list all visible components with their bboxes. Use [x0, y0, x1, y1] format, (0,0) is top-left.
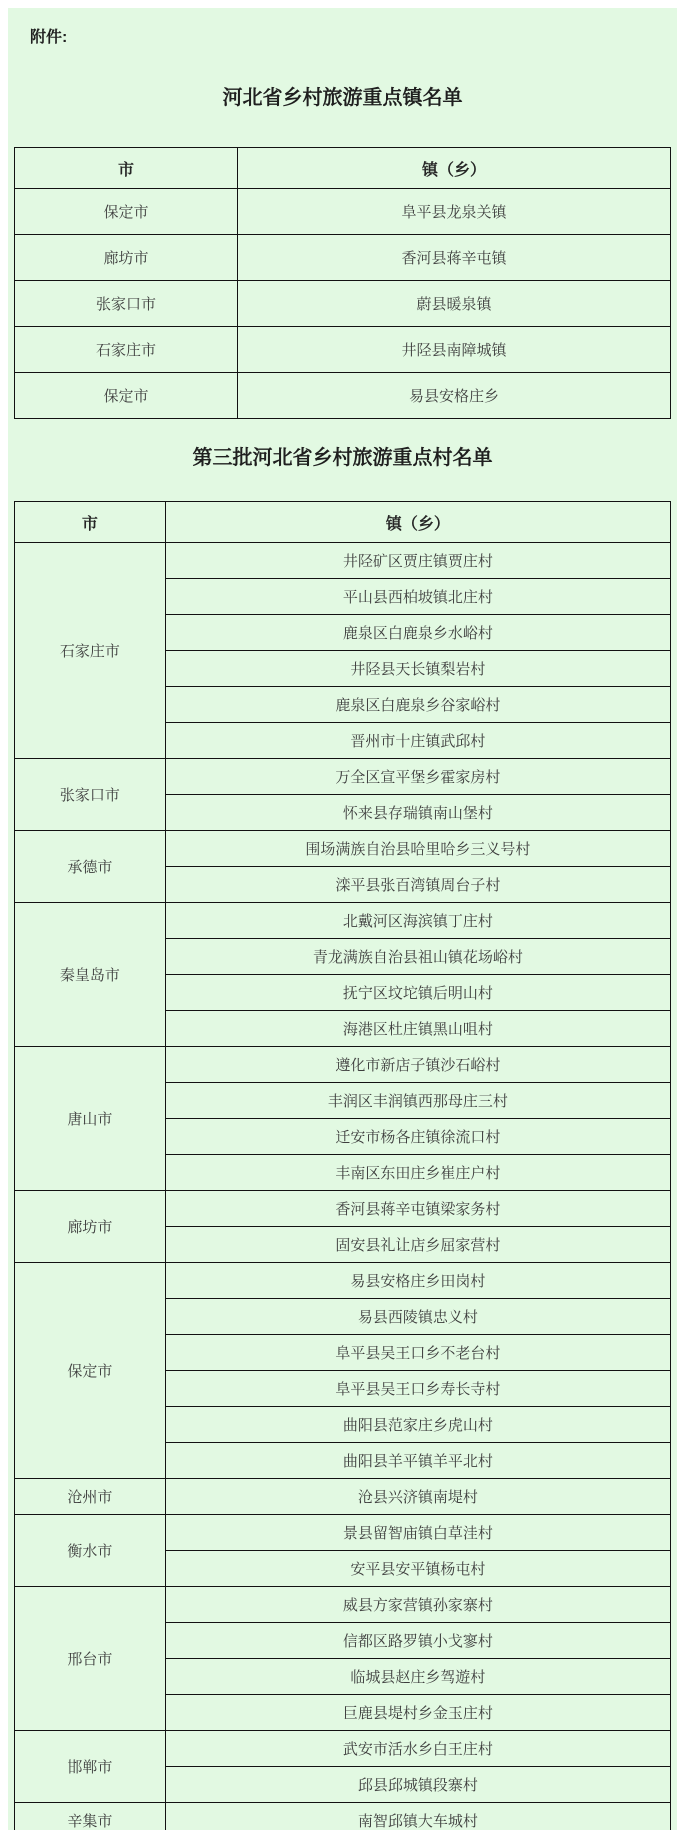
- village-name-cell: 青龙满族自治县祖山镇花场峪村: [165, 939, 670, 975]
- village-row: 唐山市遵化市新店子镇沙石峪村: [15, 1047, 671, 1083]
- villages-table: 市 镇（乡） 石家庄市井陉矿区贾庄镇贾庄村平山县西柏坡镇北庄村鹿泉区白鹿泉乡水峪…: [14, 501, 671, 1830]
- village-name-cell: 临城县赵庄乡驾遊村: [165, 1659, 670, 1695]
- village-name-cell: 北戴河区海滨镇丁庄村: [165, 903, 670, 939]
- village-row: 石家庄市井陉矿区贾庄镇贾庄村: [15, 543, 671, 579]
- village-name-cell: 南智邱镇大车城村: [165, 1803, 670, 1831]
- village-name-cell: 滦平县张百湾镇周台子村: [165, 867, 670, 903]
- village-row: 廊坊市香河县蒋辛屯镇梁家务村: [15, 1191, 671, 1227]
- village-city-cell: 石家庄市: [15, 543, 166, 759]
- town-name-cell: 蔚县暖泉镇: [238, 281, 671, 327]
- attachment-label: 附件:: [30, 24, 677, 47]
- village-name-cell: 井陉矿区贾庄镇贾庄村: [165, 543, 670, 579]
- village-city-cell: 秦皇岛市: [15, 903, 166, 1047]
- village-row: 邯郸市武安市活水乡白王庄村: [15, 1731, 671, 1767]
- village-row: 张家口市万全区宣平堡乡霍家房村: [15, 759, 671, 795]
- village-name-cell: 井陉县天长镇梨岩村: [165, 651, 670, 687]
- town-row: 廊坊市香河县蒋辛屯镇: [15, 235, 671, 281]
- villages-header-row: 市 镇（乡）: [15, 502, 671, 543]
- village-name-cell: 抚宁区坟坨镇后明山村: [165, 975, 670, 1011]
- village-name-cell: 晋州市十庄镇武邱村: [165, 723, 670, 759]
- village-name-cell: 安平县安平镇杨屯村: [165, 1551, 670, 1587]
- village-row: 衡水市景县留智庙镇白草洼村: [15, 1515, 671, 1551]
- village-row: 秦皇岛市北戴河区海滨镇丁庄村: [15, 903, 671, 939]
- town-row: 保定市阜平县龙泉关镇: [15, 189, 671, 235]
- village-name-cell: 景县留智庙镇白草洼村: [165, 1515, 670, 1551]
- village-name-cell: 阜平县吴王口乡不老台村: [165, 1335, 670, 1371]
- village-city-cell: 辛集市: [15, 1803, 166, 1831]
- town-city-cell: 廊坊市: [15, 235, 238, 281]
- village-name-cell: 迁安市杨各庄镇徐流口村: [165, 1119, 670, 1155]
- village-name-cell: 鹿泉区白鹿泉乡水峪村: [165, 615, 670, 651]
- village-name-cell: 阜平县吴王口乡寿长寺村: [165, 1371, 670, 1407]
- village-name-cell: 鹿泉区白鹿泉乡谷家峪村: [165, 687, 670, 723]
- village-city-cell: 承德市: [15, 831, 166, 903]
- village-city-cell: 张家口市: [15, 759, 166, 831]
- village-name-cell: 易县安格庄乡田岗村: [165, 1263, 670, 1299]
- village-city-cell: 唐山市: [15, 1047, 166, 1191]
- towns-table-title: 河北省乡村旅游重点镇名单: [8, 85, 677, 111]
- town-city-cell: 张家口市: [15, 281, 238, 327]
- village-name-cell: 曲阳县羊平镇羊平北村: [165, 1443, 670, 1479]
- village-city-cell: 廊坊市: [15, 1191, 166, 1263]
- village-city-cell: 衡水市: [15, 1515, 166, 1587]
- village-name-cell: 丰润区丰润镇西那母庄三村: [165, 1083, 670, 1119]
- village-name-cell: 邱县邱城镇段寨村: [165, 1767, 670, 1803]
- towns-header-city: 市: [15, 148, 238, 189]
- village-name-cell: 丰南区东田庄乡崔庄户村: [165, 1155, 670, 1191]
- village-row: 辛集市南智邱镇大车城村: [15, 1803, 671, 1831]
- village-city-cell: 邢台市: [15, 1587, 166, 1731]
- village-row: 邢台市威县方家营镇孙家寨村: [15, 1587, 671, 1623]
- village-name-cell: 香河县蒋辛屯镇梁家务村: [165, 1191, 670, 1227]
- town-city-cell: 保定市: [15, 373, 238, 419]
- village-row: 承德市围场满族自治县哈里哈乡三义号村: [15, 831, 671, 867]
- village-name-cell: 易县西陵镇忠义村: [165, 1299, 670, 1335]
- towns-header-town: 镇（乡）: [238, 148, 671, 189]
- town-city-cell: 保定市: [15, 189, 238, 235]
- village-name-cell: 沧县兴济镇南堤村: [165, 1479, 670, 1515]
- village-name-cell: 怀来县存瑞镇南山堡村: [165, 795, 670, 831]
- town-name-cell: 井陉县南障城镇: [238, 327, 671, 373]
- town-row: 石家庄市井陉县南障城镇: [15, 327, 671, 373]
- document-page: 附件: 河北省乡村旅游重点镇名单 市 镇（乡） 保定市阜平县龙泉关镇廊坊市香河县…: [8, 8, 677, 1830]
- village-name-cell: 曲阳县范家庄乡虎山村: [165, 1407, 670, 1443]
- village-city-cell: 沧州市: [15, 1479, 166, 1515]
- village-name-cell: 威县方家营镇孙家寨村: [165, 1587, 670, 1623]
- villages-header-city: 市: [15, 502, 166, 543]
- towns-table-body: 保定市阜平县龙泉关镇廊坊市香河县蒋辛屯镇张家口市蔚县暖泉镇石家庄市井陉县南障城镇…: [15, 189, 671, 419]
- village-name-cell: 万全区宣平堡乡霍家房村: [165, 759, 670, 795]
- village-name-cell: 武安市活水乡白王庄村: [165, 1731, 670, 1767]
- town-name-cell: 阜平县龙泉关镇: [238, 189, 671, 235]
- village-name-cell: 巨鹿县堤村乡金玉庄村: [165, 1695, 670, 1731]
- village-row: 保定市易县安格庄乡田岗村: [15, 1263, 671, 1299]
- villages-header-town: 镇（乡）: [165, 502, 670, 543]
- village-name-cell: 固安县礼让店乡屈家营村: [165, 1227, 670, 1263]
- village-name-cell: 平山县西柏坡镇北庄村: [165, 579, 670, 615]
- village-row: 沧州市沧县兴济镇南堤村: [15, 1479, 671, 1515]
- village-name-cell: 信都区路罗镇小戈寥村: [165, 1623, 670, 1659]
- town-row: 保定市易县安格庄乡: [15, 373, 671, 419]
- village-name-cell: 遵化市新店子镇沙石峪村: [165, 1047, 670, 1083]
- towns-table: 市 镇（乡） 保定市阜平县龙泉关镇廊坊市香河县蒋辛屯镇张家口市蔚县暖泉镇石家庄市…: [14, 147, 671, 419]
- town-name-cell: 易县安格庄乡: [238, 373, 671, 419]
- town-name-cell: 香河县蒋辛屯镇: [238, 235, 671, 281]
- village-name-cell: 围场满族自治县哈里哈乡三义号村: [165, 831, 670, 867]
- town-row: 张家口市蔚县暖泉镇: [15, 281, 671, 327]
- village-city-cell: 保定市: [15, 1263, 166, 1479]
- towns-header-row: 市 镇（乡）: [15, 148, 671, 189]
- village-name-cell: 海港区杜庄镇黑山咀村: [165, 1011, 670, 1047]
- villages-table-body: 石家庄市井陉矿区贾庄镇贾庄村平山县西柏坡镇北庄村鹿泉区白鹿泉乡水峪村井陉县天长镇…: [15, 543, 671, 1831]
- village-city-cell: 邯郸市: [15, 1731, 166, 1803]
- town-city-cell: 石家庄市: [15, 327, 238, 373]
- villages-table-title: 第三批河北省乡村旅游重点村名单: [8, 445, 677, 471]
